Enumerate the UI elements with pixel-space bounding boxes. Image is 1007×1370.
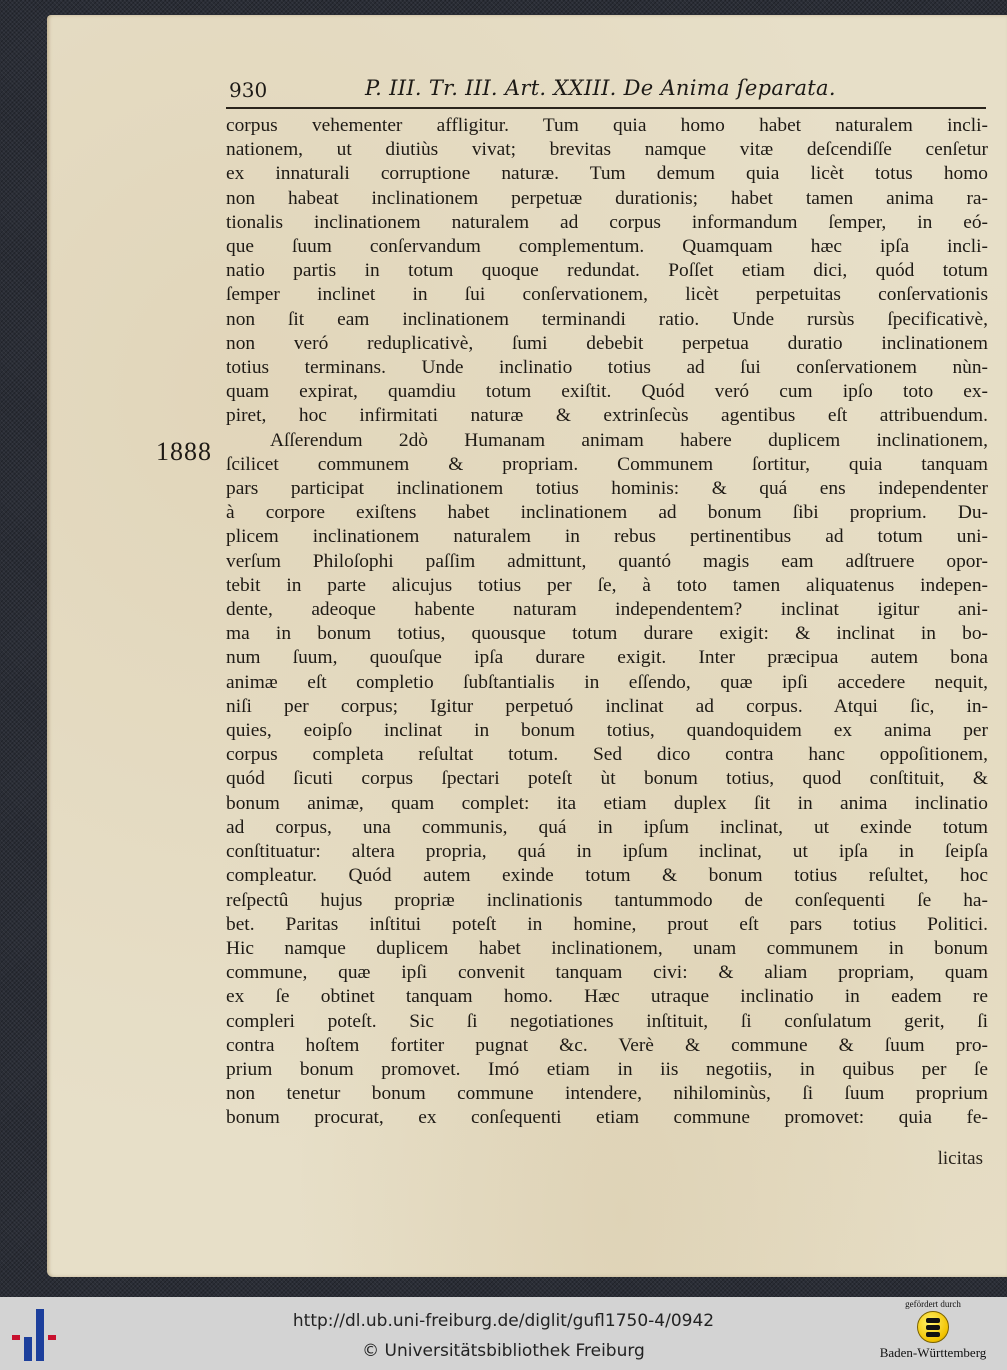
- text-line: bonum animæ, quam complet: ita etiam dup…: [226, 792, 988, 816]
- text-line: non veró reduplicativè, ſumi debebit per…: [226, 332, 988, 356]
- text-line: quód ſicuti corpus ſpectari poteſt ùt bo…: [226, 767, 988, 791]
- text-line: totius terminans. Unde inclinatio totius…: [226, 356, 988, 380]
- text-line: conſtituatur: altera propria, quá in ipſ…: [226, 840, 988, 864]
- text-line: piret, hoc infirmitati naturæ & extrinſe…: [226, 404, 988, 428]
- text-line: nationem, ut diutiùs vivat; brevitas nam…: [226, 138, 988, 162]
- sponsor-label: gefördert durch: [868, 1299, 998, 1309]
- text-line: animæ eſt completio ſubſtantialis in eſſ…: [226, 671, 988, 695]
- running-title: P. III. Tr. III. Art. XXIII. De Anima ſe…: [365, 76, 836, 100]
- catchword: licitas: [938, 1148, 983, 1170]
- text-line: verſum Philoſophi paſſim admittunt, quan…: [226, 550, 988, 574]
- copyright-notice: © Universitätsbibliothek Freiburg: [0, 1341, 1007, 1361]
- permalink-url[interactable]: http://dl.ub.uni-freiburg.de/diglit/gufl…: [0, 1311, 1007, 1331]
- text-line: ſcilicet communem & propriam. Communem ſ…: [226, 453, 988, 477]
- text-line: pars participat inclinationem totius hom…: [226, 477, 988, 501]
- text-line: non tenetur bonum commune intendere, nih…: [226, 1082, 988, 1106]
- baden-wuerttemberg-crest-icon: [917, 1311, 949, 1343]
- page-header: 930 P. III. Tr. III. Art. XXIII. De Anim…: [225, 76, 985, 106]
- text-line: à corpore exiſtens habet inclinationem a…: [226, 501, 988, 525]
- text-line: ma in bonum totius, quousque totum durar…: [226, 622, 988, 646]
- marginal-paragraph-number: 1888: [156, 437, 212, 467]
- text-line: quies, eoipſo inclinat in bonum totius, …: [226, 719, 988, 743]
- text-line: que ſuum conſervandum complementum. Quam…: [226, 235, 988, 259]
- text-line: dente, adeoque habente naturam independe…: [226, 598, 988, 622]
- text-line: bonum procurat, ex conſequenti etiam com…: [226, 1106, 988, 1130]
- sponsor-name: Baden-Württemberg: [868, 1345, 998, 1361]
- text-line: plicem inclinationem naturalem in rebus …: [226, 525, 988, 549]
- text-line: reſpectû hujus propriæ inclinationis tan…: [226, 889, 988, 913]
- text-line: compleatur. Quód autem exinde totum & bo…: [226, 864, 988, 888]
- sponsor-block: gefördert durch Baden-Württemberg: [868, 1299, 998, 1361]
- text-line: non habeat inclinationem perpetuæ durati…: [226, 187, 988, 211]
- header-rule: [226, 107, 986, 109]
- text-line: niſi per corpus; Igitur perpetuó inclina…: [226, 695, 988, 719]
- text-line: tionalis inclinationem naturalem ad corp…: [226, 211, 988, 235]
- body-text: corpus vehementer affligitur. Tum quia h…: [226, 114, 988, 1131]
- text-line: tebit in parte alicujus totius per ſe, à…: [226, 574, 988, 598]
- text-line: contra hoſtem fortiter pugnat &c. Verè &…: [226, 1034, 988, 1058]
- text-line: ex innaturali corruptione naturæ. Tum de…: [226, 162, 988, 186]
- text-line: Hic namque duplicem habet inclinationem,…: [226, 937, 988, 961]
- text-line: quam expirat, quamdiu totum exiſtit. Quó…: [226, 380, 988, 404]
- text-line: non ſit eam inclinationem terminandi rat…: [226, 308, 988, 332]
- text-line: num ſuum, quouſque ipſa durare exigit. I…: [226, 646, 988, 670]
- text-line: ex ſe obtinet tanquam homo. Hæc utraque …: [226, 985, 988, 1009]
- page-number: 930: [229, 78, 267, 102]
- text-line: prium bonum promovet. Imó etiam in iis n…: [226, 1058, 988, 1082]
- text-line: ad corpus, una communis, quá in ipſum in…: [226, 816, 988, 840]
- text-line: bet. Paritas inſtitui poteſt in homine, …: [226, 913, 988, 937]
- text-line: commune, quæ ipſi convenit tanquam civi:…: [226, 961, 988, 985]
- text-line: corpus completa reſultat totum. Sed dico…: [226, 743, 988, 767]
- footer-bar: http://dl.ub.uni-freiburg.de/diglit/gufl…: [0, 1297, 1007, 1370]
- text-line: natio partis in totum quoque redundat. P…: [226, 259, 988, 283]
- text-line: Aſſerendum 2dò Humanam animam habere dup…: [226, 429, 988, 453]
- text-line: compleri poteſt. Sic ſi negotiationes in…: [226, 1010, 988, 1034]
- text-line: ſemper inclinet in ſui conſervationem, l…: [226, 283, 988, 307]
- text-line: corpus vehementer affligitur. Tum quia h…: [226, 114, 988, 138]
